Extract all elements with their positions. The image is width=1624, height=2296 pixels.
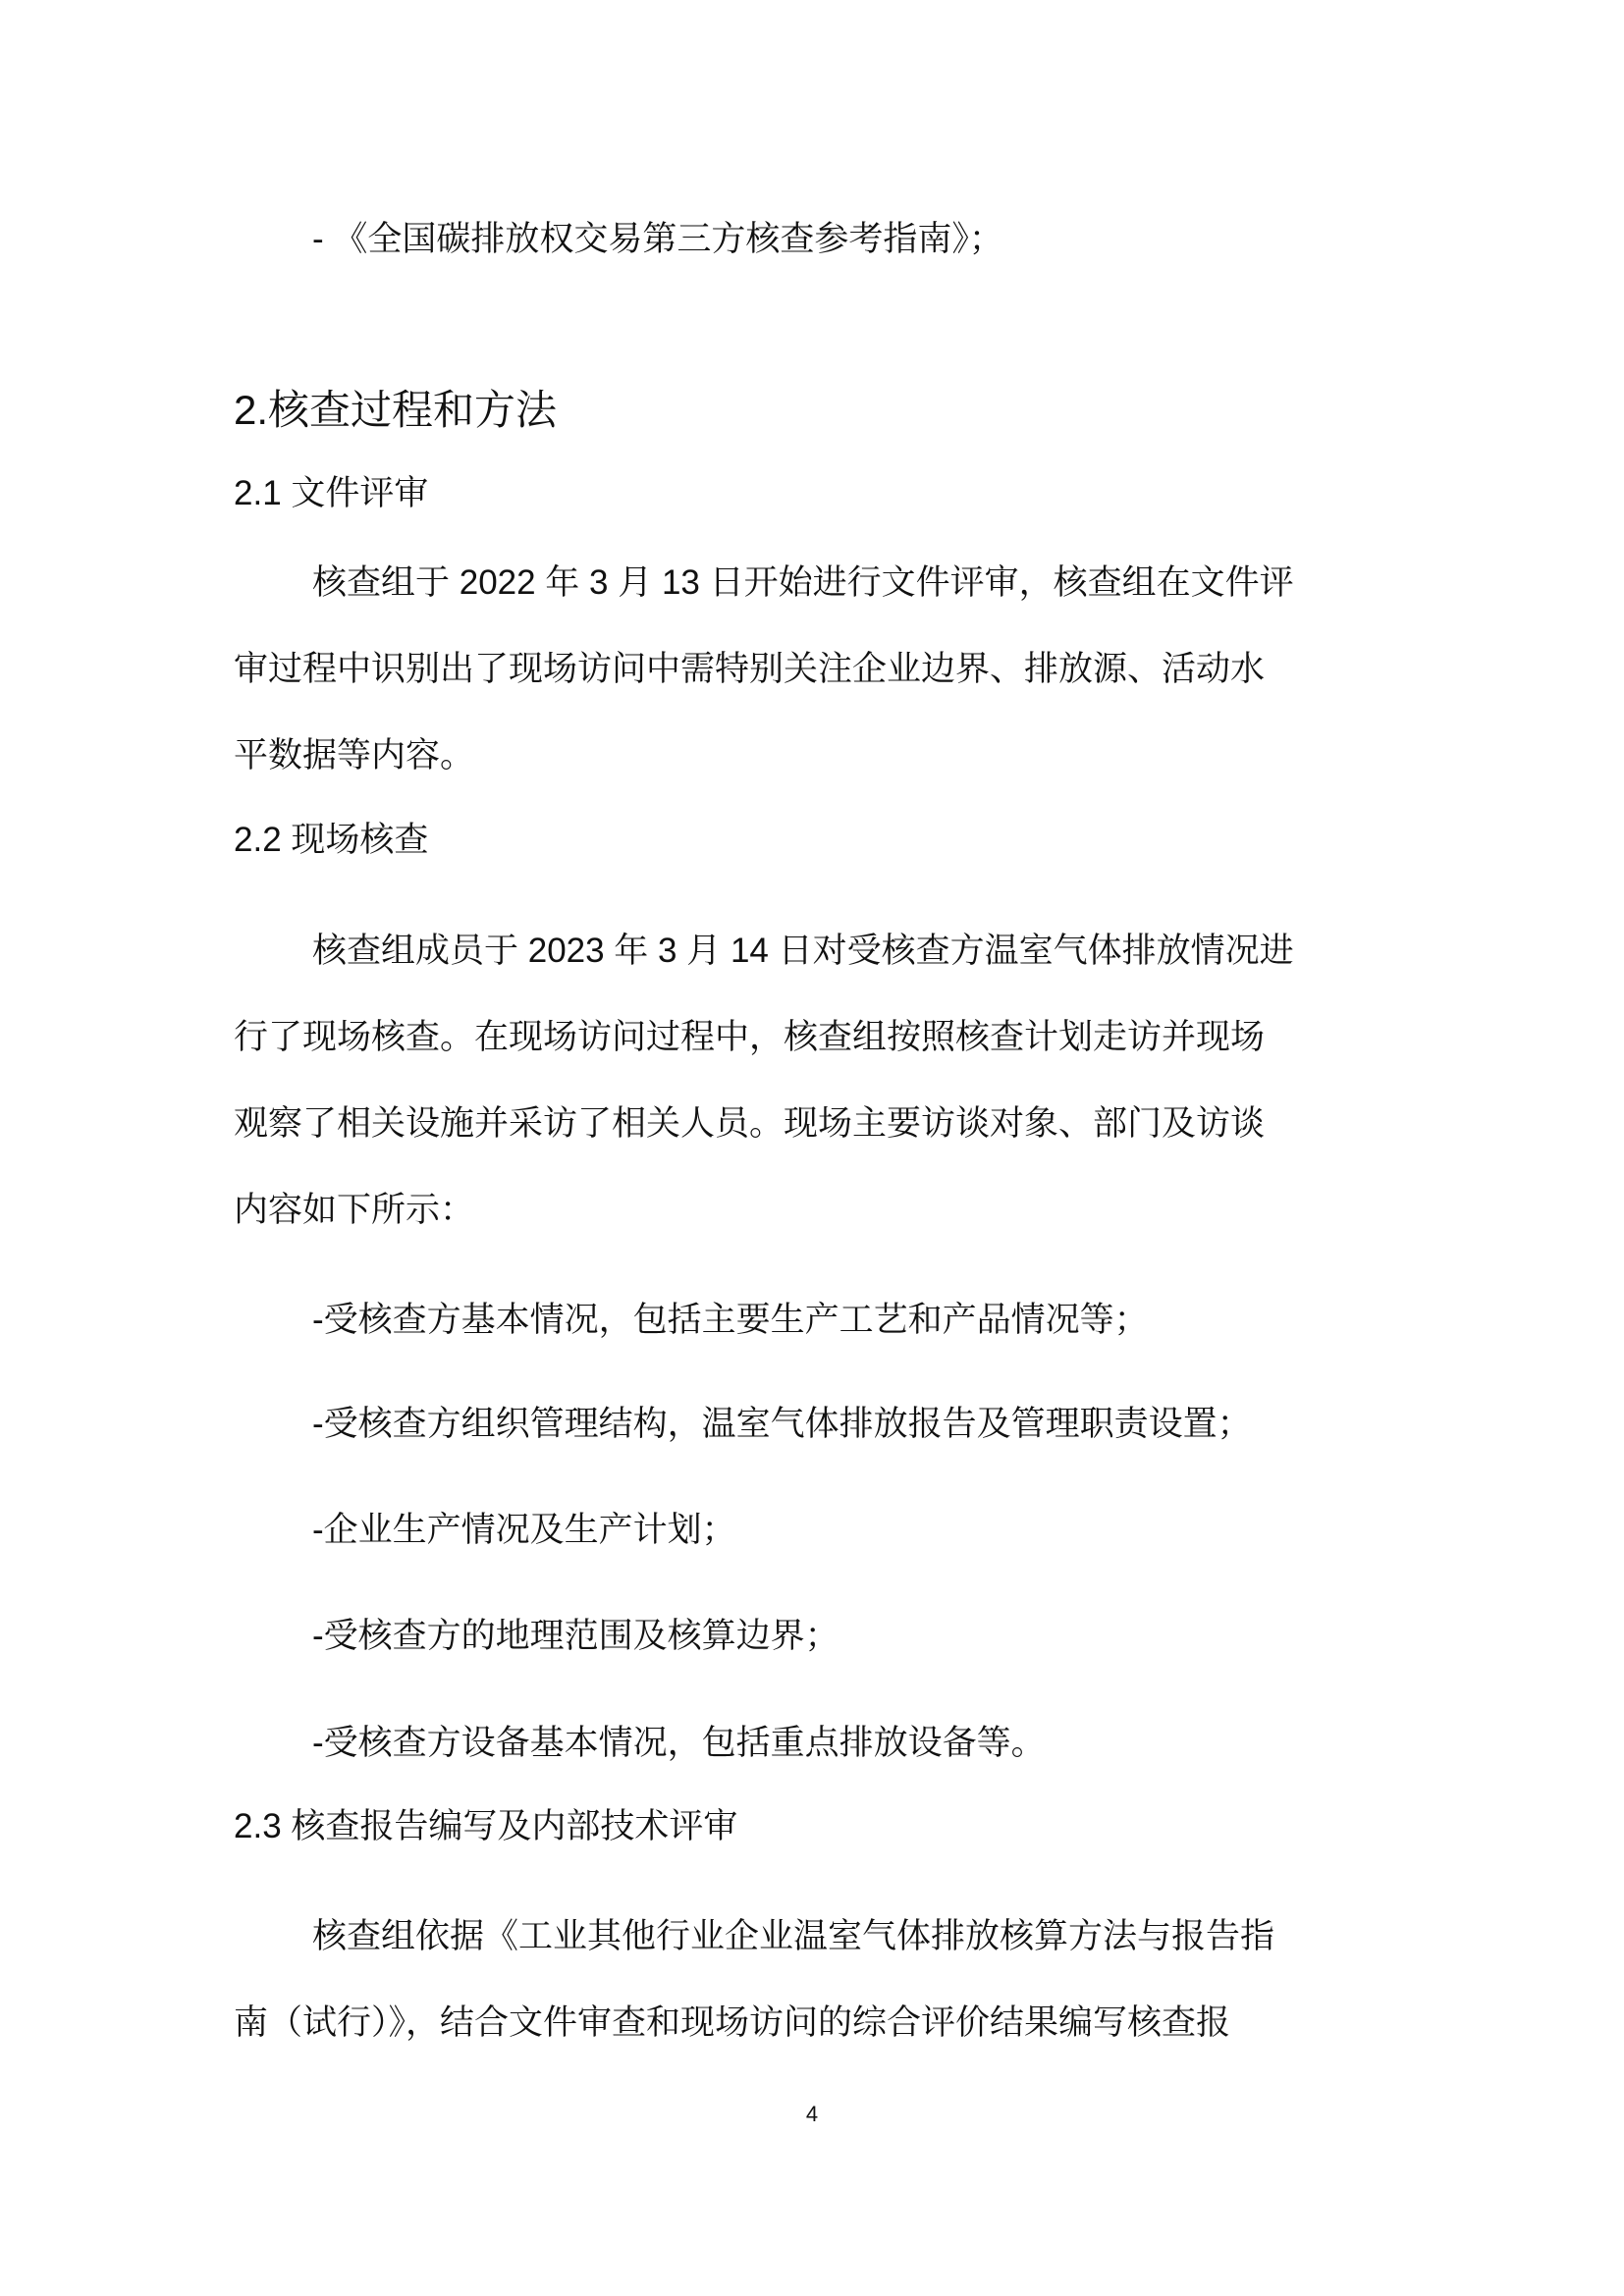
interview-item: -受核查方组织管理结构，温室气体排放报告及管理职责设置； (312, 1403, 1252, 1446)
subsection-heading-2-2: 2.2 现场核查 (234, 819, 428, 862)
paragraph-line: 审过程中识别出了现场访问中需特别关注企业边界、排放源、活动水 (234, 648, 1265, 691)
page-number: 4 (0, 2101, 1624, 2128)
paragraph-line: 观察了相关设施并采访了相关人员。现场主要访谈对象、部门及访谈 (234, 1102, 1265, 1146)
reference-list-item: - 《全国碳排放权交易第三方核查参考指南》； (312, 218, 1003, 261)
document-page: - 《全国碳排放权交易第三方核查参考指南》； 2.核查过程和方法 2.1 文件评… (0, 0, 1624, 2296)
interview-item: -受核查方基本情况，包括主要生产工艺和产品情况等； (312, 1299, 1149, 1342)
paragraph-line: 核查组成员于 2023 年 3 月 14 日对受核查方温室气体排放情况进 (312, 930, 1294, 973)
subsection-heading-2-3: 2.3 核查报告编写及内部技术评审 (234, 1805, 737, 1848)
interview-item: -受核查方的地理范围及核算边界； (312, 1615, 839, 1658)
subsection-heading-2-1: 2.1 文件评审 (234, 472, 428, 515)
interview-item: -受核查方设备基本情况，包括重点排放设备等。 (312, 1722, 1046, 1765)
paragraph-line: 内容如下所示： (234, 1189, 474, 1232)
section-heading: 2.核查过程和方法 (234, 385, 557, 436)
paragraph-line: 行了现场核查。在现场访问过程中，核查组按照核查计划走访并现场 (234, 1016, 1265, 1059)
paragraph-line: 平数据等内容。 (234, 734, 474, 777)
paragraph-line: 核查组于 2022 年 3 月 13 日开始进行文件评审，核查组在文件评 (312, 561, 1294, 605)
paragraph-line: 核查组依据《工业其他行业企业温室气体排放核算方法与报告指 (312, 1915, 1274, 1958)
paragraph-line: 南（试行）》，结合文件审查和现场访问的综合评价结果编写核查报 (234, 2002, 1230, 2045)
interview-item: -企业生产情况及生产计划； (312, 1509, 736, 1552)
